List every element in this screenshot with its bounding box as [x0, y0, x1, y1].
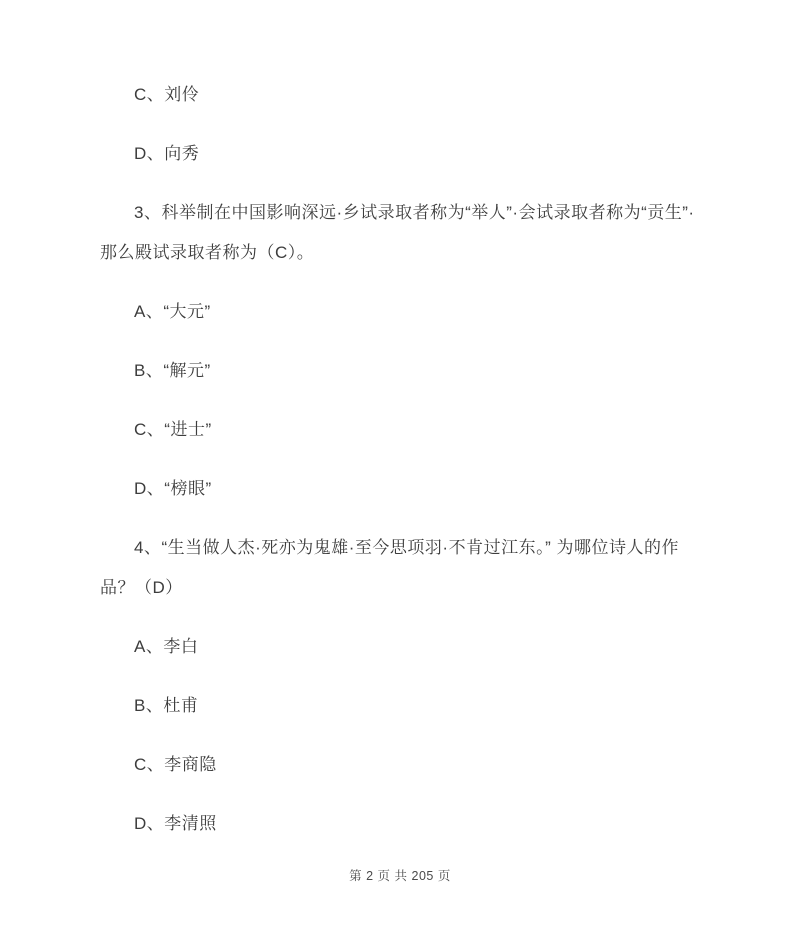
question-3-option-a: A、“大元”: [100, 292, 700, 332]
carryover-option-c: C、刘伶: [100, 75, 700, 115]
question-3-text: 3、科举制在中国影响深远·乡试录取者称为“举人”·会试录取者称为“贡生”·那么殿…: [100, 193, 700, 273]
question-4-option-b: B、杜甫: [100, 686, 700, 726]
document-content: C、刘伶 D、向秀 3、科举制在中国影响深远·乡试录取者称为“举人”·会试录取者…: [0, 0, 800, 844]
question-3-option-c: C、“进士”: [100, 410, 700, 450]
question-4-option-c: C、李商隐: [100, 745, 700, 785]
question-3-option-b: B、“解元”: [100, 351, 700, 391]
question-4-option-a: A、李白: [100, 627, 700, 667]
page-number-footer: 第 2 页 共 205 页: [0, 869, 800, 884]
carryover-option-d: D、向秀: [100, 134, 700, 174]
document-page: C、刘伶 D、向秀 3、科举制在中国影响深远·乡试录取者称为“举人”·会试录取者…: [0, 0, 800, 950]
question-3-option-d: D、“榜眼”: [100, 469, 700, 509]
question-4-text: 4、“生当做人杰·死亦为鬼雄·至今思项羽·不肯过江东。” 为哪位诗人的作品？（D…: [100, 528, 700, 608]
question-4-option-d: D、李清照: [100, 804, 700, 844]
